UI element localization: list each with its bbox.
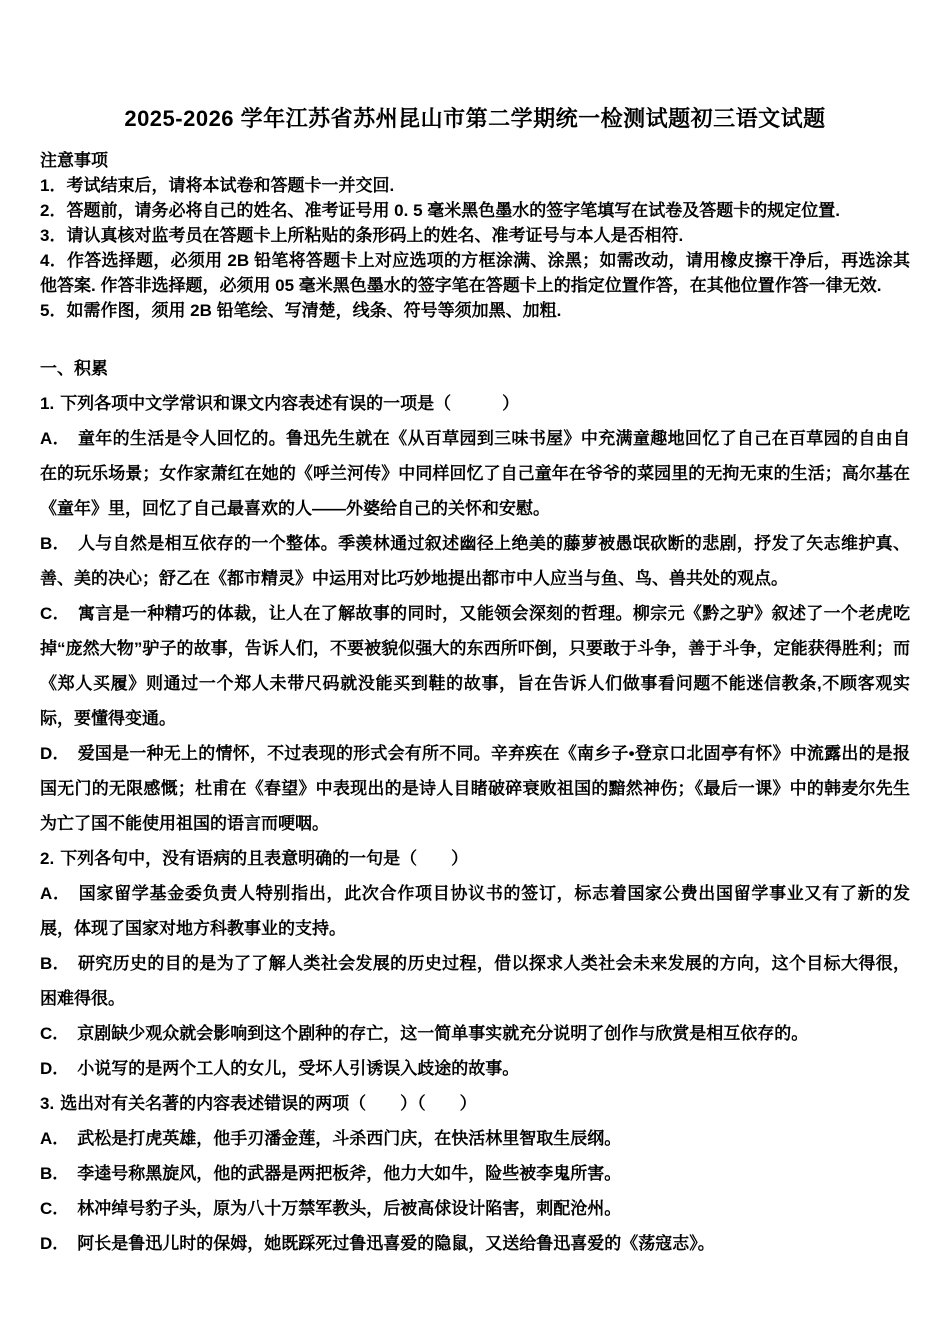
option-text: 阿长是鲁迅儿时的保姆，她既踩死过鲁迅喜爱的隐鼠，又送给鲁迅喜爱的《荡寇志》。 <box>77 1234 715 1253</box>
option-label: C． <box>40 604 70 623</box>
question-stem: 2.下列各句中，没有语病的且表意明确的一句是（ ） <box>40 841 910 876</box>
option-text: 爱国是一种无上的情怀，不过表现的形式会有所不同。辛弃疾在《南乡子•登京口北固亭有… <box>40 744 910 833</box>
question-3: 3.选出对有关名著的内容表述错误的两项（ ）（ ） A．武松是打虎英雄，他手刃潘… <box>40 1086 910 1261</box>
option-item: C．寓言是一种精巧的体裁，让人在了解故事的同时，又能领会深刻的哲理。柳宗元《黔之… <box>40 596 910 736</box>
option-label: A． <box>40 884 71 903</box>
option-text: 武松是打虎英雄，他手刃潘金莲，斗杀西门庆，在快活林里智取生辰纲。 <box>77 1129 621 1148</box>
option-text: 李逵号称黑旋风，他的武器是两把板斧，他力大如牛，险些被李鬼所害。 <box>77 1164 621 1183</box>
option-label: B． <box>40 534 70 553</box>
page-title: 2025-2026 学年江苏省苏州昆山市第二学期统一检测试题初三语文试题 <box>40 104 910 134</box>
option-label: C． <box>40 1199 69 1218</box>
option-item: B．李逵号称黑旋风，他的武器是两把板斧，他力大如牛，险些被李鬼所害。 <box>40 1156 910 1191</box>
option-text: 国家留学基金委负责人特别指出，此次合作项目协议书的签订，标志着国家公费出国留学事… <box>40 884 910 938</box>
question-1: 1.下列各项中文学常识和课文内容表述有误的一项是（ ） A．童年的生活是令人回忆… <box>40 386 910 841</box>
option-text: 小说写的是两个工人的女儿，受坏人引诱误入歧途的故事。 <box>77 1059 519 1078</box>
section-heading: 一、积累 <box>40 351 910 386</box>
notice-item: 4．作答选择题，必须用 2B 铅笔将答题卡上对应选项的方框涂满、涂黑；如需改动，… <box>40 248 910 298</box>
option-item: C．京剧缺少观众就会影响到这个剧种的存亡，这一简单事实就充分说明了创作与欣赏是相… <box>40 1016 910 1051</box>
question-stem: 3.选出对有关名著的内容表述错误的两项（ ）（ ） <box>40 1086 910 1121</box>
option-text: 研究历史的目的是为了了解人类社会发展的历史过程，借以探求人类社会未来发展的方向，… <box>40 954 910 1008</box>
question-stem-text: 下列各项中文学常识和课文内容表述有误的一项是（ ） <box>60 394 519 413</box>
option-item: C．林冲绰号豹子头，原为八十万禁军教头，后被高俅设计陷害，刺配沧州。 <box>40 1191 910 1226</box>
option-text: 京剧缺少观众就会影响到这个剧种的存亡，这一简单事实就充分说明了创作与欣赏是相互依… <box>77 1024 808 1043</box>
option-text: 人与自然是相互依存的一个整体。季羡林通过叙述幽径上绝美的藤萝被愚氓砍断的悲剧，抒… <box>40 534 910 588</box>
option-item: B．人与自然是相互依存的一个整体。季羡林通过叙述幽径上绝美的藤萝被愚氓砍断的悲剧… <box>40 526 910 596</box>
option-item: D．爱国是一种无上的情怀，不过表现的形式会有所不同。辛弃疾在《南乡子•登京口北固… <box>40 736 910 841</box>
question-2: 2.下列各句中，没有语病的且表意明确的一句是（ ） A．国家留学基金委负责人特别… <box>40 841 910 1086</box>
question-number: 1. <box>40 394 54 413</box>
question-stem: 1.下列各项中文学常识和课文内容表述有误的一项是（ ） <box>40 386 910 421</box>
option-item: D．阿长是鲁迅儿时的保姆，她既踩死过鲁迅喜爱的隐鼠，又送给鲁迅喜爱的《荡寇志》。 <box>40 1226 910 1261</box>
option-label: B． <box>40 954 70 973</box>
question-number: 2. <box>40 849 54 868</box>
option-label: D． <box>40 1234 69 1253</box>
notice-item: 2．答题前，请务必将自己的姓名、准考证号用 0. 5 毫米黑色墨水的签字笔填写在… <box>40 198 910 223</box>
option-item: B．研究历史的目的是为了了解人类社会发展的历史过程，借以探求人类社会未来发展的方… <box>40 946 910 1016</box>
option-item: A．武松是打虎英雄，他手刃潘金莲，斗杀西门庆，在快活林里智取生辰纲。 <box>40 1121 910 1156</box>
notice-item: 1．考试结束后，请将本试卷和答题卡一并交回. <box>40 173 910 198</box>
notice-item: 5．如需作图，须用 2B 铅笔绘、写清楚，线条、符号等须加黑、加粗. <box>40 298 910 323</box>
question-number: 3. <box>40 1094 54 1113</box>
question-stem-text: 下列各句中，没有语病的且表意明确的一句是（ ） <box>60 849 468 868</box>
option-text: 林冲绰号豹子头，原为八十万禁军教头，后被高俅设计陷害，刺配沧州。 <box>77 1199 621 1218</box>
option-label: D． <box>40 744 70 763</box>
option-label: A． <box>40 429 70 448</box>
notice-heading: 注意事项 <box>40 148 910 173</box>
option-item: A．童年的生活是令人回忆的。鲁迅先生就在《从百草园到三味书屋》中充满童趣地回忆了… <box>40 421 910 526</box>
option-text: 童年的生活是令人回忆的。鲁迅先生就在《从百草园到三味书屋》中充满童趣地回忆了自己… <box>40 429 910 518</box>
option-text: 寓言是一种精巧的体裁，让人在了解故事的同时，又能领会深刻的哲理。柳宗元《黔之驴》… <box>40 604 910 728</box>
option-item: D．小说写的是两个工人的女儿，受坏人引诱误入歧途的故事。 <box>40 1051 910 1086</box>
question-stem-text: 选出对有关名著的内容表述错误的两项（ ）（ ） <box>60 1094 477 1113</box>
option-label: A． <box>40 1129 69 1148</box>
notice-item: 3．请认真核对监考员在答题卡上所粘贴的条形码上的姓名、准考证号与本人是否相符. <box>40 223 910 248</box>
option-label: C． <box>40 1024 69 1043</box>
option-label: D． <box>40 1059 69 1078</box>
option-item: A．国家留学基金委负责人特别指出，此次合作项目协议书的签订，标志着国家公费出国留… <box>40 876 910 946</box>
exam-document-page: 2025-2026 学年江苏省苏州昆山市第二学期统一检测试题初三语文试题 注意事… <box>0 0 950 1344</box>
option-label: B． <box>40 1164 69 1183</box>
notice-section: 注意事项 1．考试结束后，请将本试卷和答题卡一并交回. 2．答题前，请务必将自己… <box>40 148 910 323</box>
